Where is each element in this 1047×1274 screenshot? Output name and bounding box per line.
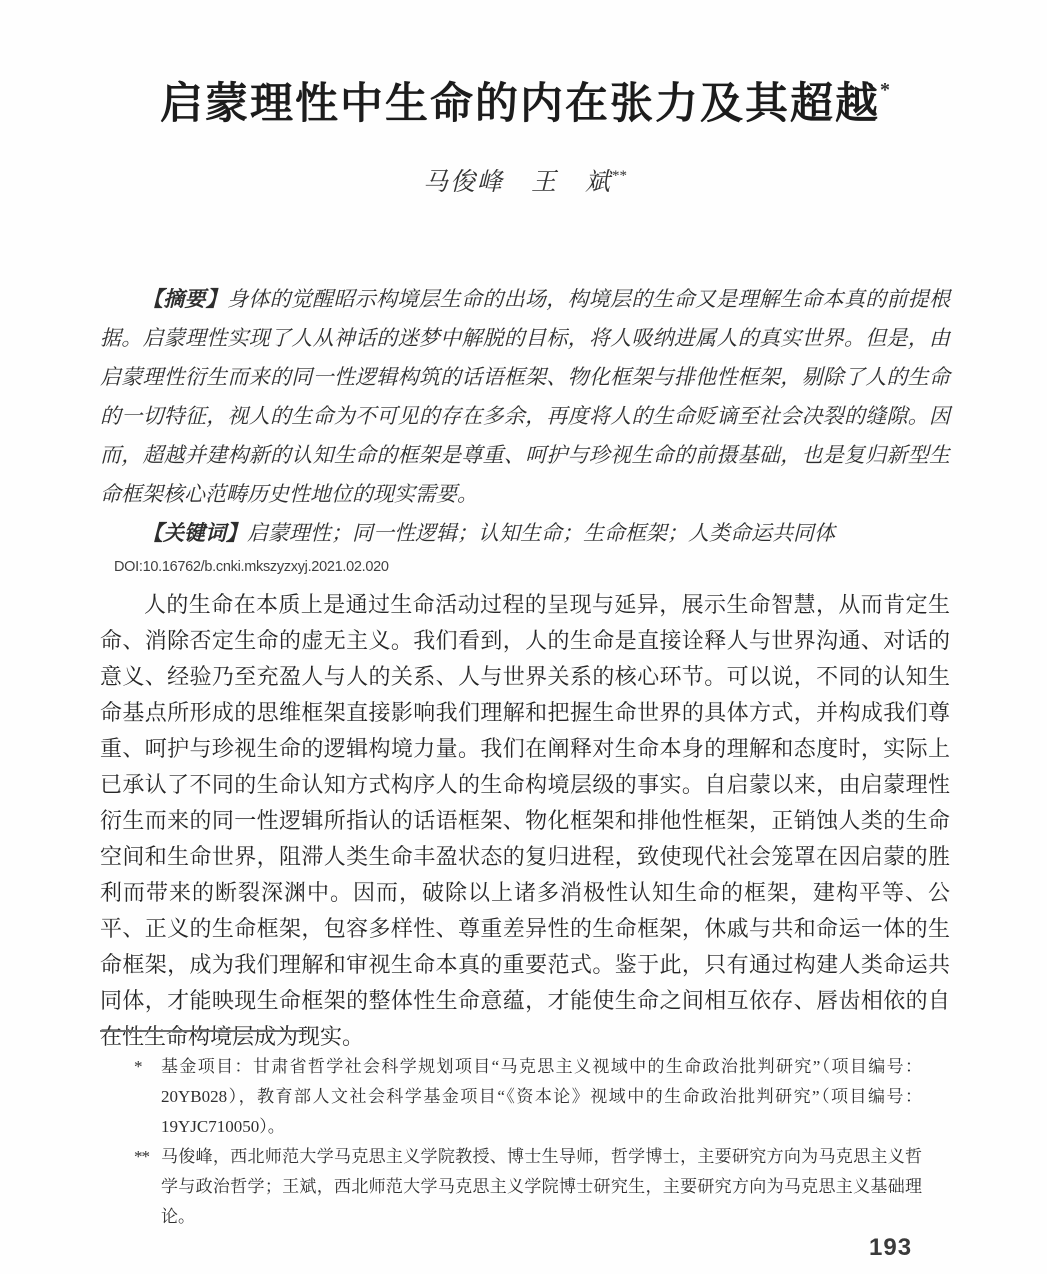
footnote-author-bio-text: 马俊峰，西北师范大学马克思主义学院教授、博士生导师，哲学博士，主要研究方向为马克… xyxy=(161,1142,922,1232)
footnote-funding: * 基金项目：甘肃省哲学社会科学规划项目“马克思主义视域中的生命政治批判研究”（… xyxy=(100,1052,922,1142)
abstract-paragraph: 【摘要】身体的觉醒昭示构境层生命的出场，构境层的生命又是理解生命本真的前提根据。… xyxy=(100,280,950,514)
title-footnote-marker: * xyxy=(880,79,890,101)
footnote-author-bio: ** 马俊峰，西北师范大学马克思主义学院教授、博士生导师，哲学博士，主要研究方向… xyxy=(100,1142,922,1232)
page-number: 193 xyxy=(869,1234,912,1262)
authors-line: 马俊峰 王 斌** xyxy=(100,159,950,200)
keywords-line: 【关键词】启蒙理性；同一性逻辑；认知生命；生命框架；人类命运共同体 xyxy=(100,514,950,553)
body-paragraph: 人的生命在本质上是通过生命活动过程的呈现与延异，展示生命智慧，从而肯定生命、消除… xyxy=(100,587,950,1055)
footnote-funding-marker: * xyxy=(134,1052,161,1142)
footnote-author-bio-marker: ** xyxy=(134,1142,161,1232)
article-content: 启蒙理性中生命的内在张力及其超越* 马俊峰 王 斌** 【摘要】身体的觉醒昭示构… xyxy=(100,0,950,1055)
abstract-label: 【摘要】 xyxy=(142,287,227,311)
authors-footnote-marker: ** xyxy=(612,168,627,184)
footnote-funding-text: 基金项目：甘肃省哲学社会科学规划项目“马克思主义视域中的生命政治批判研究”（项目… xyxy=(161,1052,922,1142)
article-title: 启蒙理性中生命的内在张力及其超越* xyxy=(100,62,950,133)
footnote-divider xyxy=(100,1030,310,1032)
keywords-text: 启蒙理性；同一性逻辑；认知生命；生命框架；人类命运共同体 xyxy=(247,521,835,545)
article-title-text: 启蒙理性中生命的内在张力及其超越 xyxy=(160,81,880,128)
keywords-label: 【关键词】 xyxy=(142,521,247,545)
doi-line: DOI:10.16762/b.cnki.mkszyzxyj.2021.02.02… xyxy=(114,557,950,577)
abstract-text: 身体的觉醒昭示构境层生命的出场，构境层的生命又是理解生命本真的前提根据。启蒙理性… xyxy=(100,287,950,506)
author-names: 马俊峰 王 斌 xyxy=(423,169,612,196)
footnote-area: * 基金项目：甘肃省哲学社会科学规划项目“马克思主义视域中的生命政治批判研究”（… xyxy=(100,1030,922,1232)
scanned-journal-page: 启蒙理性中生命的内在张力及其超越* 马俊峰 王 斌** 【摘要】身体的觉醒昭示构… xyxy=(0,0,1047,1274)
